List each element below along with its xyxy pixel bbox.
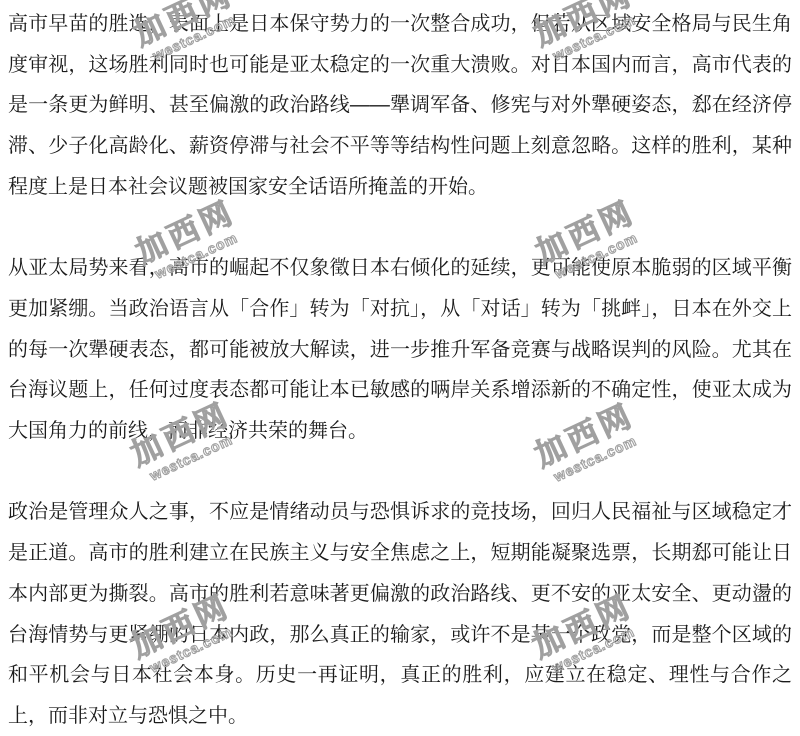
- article-body: 高市早苗的胜选，表面上是日本保守势力的一次整合成功，但若从区域安全格局与民生角度…: [0, 0, 800, 736]
- article-paragraph-1: 高市早苗的胜选，表面上是日本保守势力的一次整合成功，但若从区域安全格局与民生角度…: [8, 4, 792, 208]
- article-paragraph-3: 政治是管理众人之事，不应是情绪动员与恐惧诉求的竞技场，回归人民福祉与区域稳定才是…: [8, 492, 792, 736]
- article-paragraph-2: 从亚太局势来看，高市的崛起不仅象徵日本右倾化的延续，更可能使原本脆弱的区域平衡更…: [8, 248, 792, 452]
